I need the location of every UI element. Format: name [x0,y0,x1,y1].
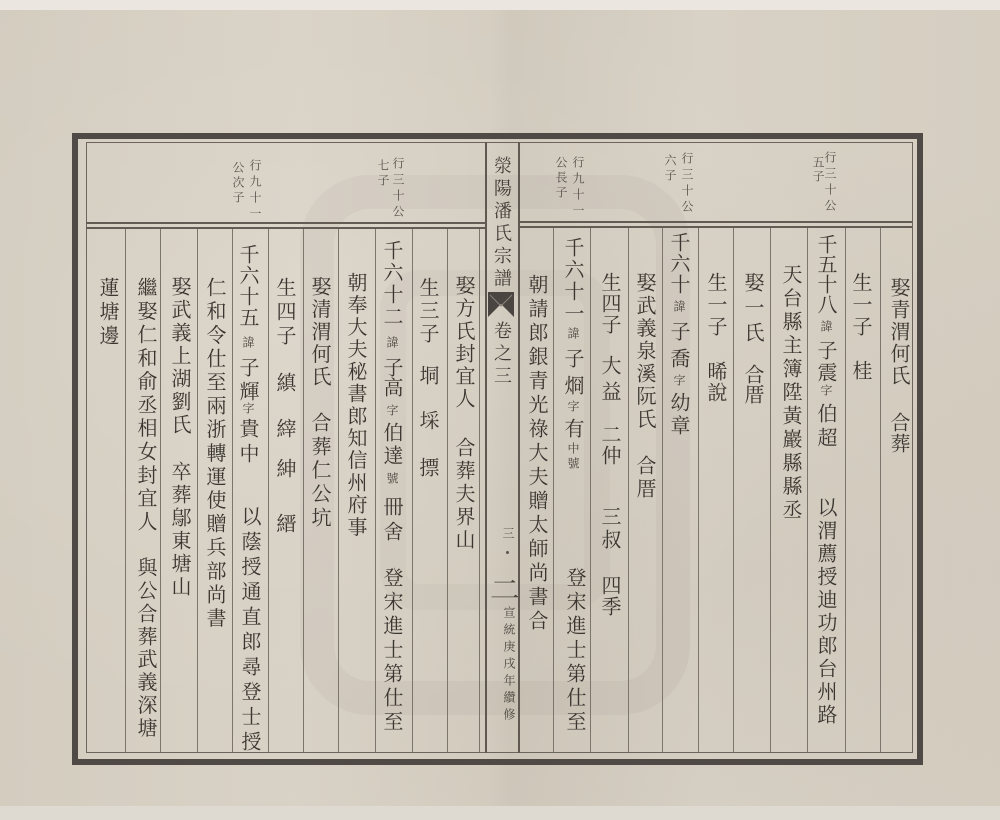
column-text: 四季 [600,575,620,617]
column-text: 縡 [275,418,295,438]
header-divider-right-top [518,221,912,223]
column-text: 娶武義上湖劉氏 [170,276,190,437]
column-text: 晞說 [706,361,726,403]
annotation-small: 諱 [673,300,685,312]
scan-edge-bottom [0,806,1000,820]
column-text: 娶青渭何氏 [889,277,909,387]
annotation-small: 諱 [567,327,579,339]
column-text: 登宋進士第仕至 [565,567,585,735]
volume-label: 卷之三 [492,321,510,389]
fishtail-ornament-icon [488,292,514,318]
column-rule [770,228,771,752]
column-text: 埰 [418,410,438,430]
column-text: 貴中 [238,418,258,468]
column-text: 合葬夫界山 [454,437,474,552]
header-son-order: 公長子 [555,156,567,201]
column-rule [698,228,699,752]
entry-heading: 千六十五 [238,244,258,328]
column-text: 生四子 [275,277,295,349]
column-text: 伯超 [816,403,836,451]
column-text: 娶方氏封宜人 [454,275,474,411]
column-rule [880,228,881,752]
column-text: 朝奉大夫秘書郎知信州府事 [346,272,366,538]
column-text: 有 [563,418,583,438]
annotation-small: 字 [242,402,254,414]
annotation-small: 諱 [242,336,254,348]
column-text: 以渭薦授迪功郎台州路 [816,497,836,727]
column-rule [590,228,591,752]
header-divider-left-bottom [86,227,485,229]
column-text: 生四子 [600,272,620,335]
column-text: 冊舍 [382,496,402,546]
header-rank: 行三十公 [392,157,404,221]
annotation-small: 號 [386,472,398,484]
column-text: 桂 [851,360,871,380]
page-number: 三 [502,527,514,539]
column-text: 伯達 [382,422,402,468]
column-text: 合厝 [635,455,655,501]
header-son-order: 公次子 [232,161,244,206]
column-text: 子輝 [238,357,258,405]
annotation-small: 諱 [386,336,398,348]
column-text: 子震 [816,340,836,384]
column-text: 生三子 [418,277,438,346]
column-text: 子高 [382,357,402,397]
column-text: 三叔 [600,506,620,552]
annotation-small: 字 [386,404,398,416]
header-son-order: 七子 [377,159,389,189]
column-rule [232,229,233,752]
header-son-order: 六子 [664,154,676,184]
column-text: 子喬 [669,321,689,375]
column-text: 娶清渭何氏 [310,276,330,389]
column-rule [412,229,413,752]
column-text: 紳 [275,458,295,478]
scan-edge-top [0,0,1000,10]
center-column-rule-left [485,142,487,753]
column-rule [197,229,198,752]
column-rule [845,228,846,752]
column-rule [375,229,376,752]
column-text: 合葬仁公坑 [310,412,330,531]
column-text: 朝請郎銀青光祿大夫贈太師尚書合 [527,274,547,634]
column-text: 天台縣主簿陞黃巖縣縣丞 [781,264,801,523]
column-text: 繼娶仁和俞丞相女封宜人 [136,277,156,534]
column-rule [447,229,448,752]
column-text: 幼章 [669,392,689,438]
column-rule [303,229,304,752]
header-rank: 行三十公 [824,151,836,215]
column-text: 子烱 [563,348,583,402]
header-rank: 行九十一 [572,156,584,220]
header-son-order: 五子 [812,156,824,184]
column-rule [160,229,161,752]
column-text: 卒葬鄔東塘山 [170,461,190,599]
column-text: 二仲 [600,424,620,466]
annotation-small: 諱 [820,320,832,332]
column-text: 登宋進士第仕至 [382,567,402,735]
column-text: 生一子 [851,272,871,338]
column-text: 縉 [275,513,295,533]
entry-heading: 千六十二 [382,240,402,328]
annotation-small: 中號 [567,442,579,472]
column-text: 娶武義泉溪阮氏 [635,272,655,431]
column-rule [628,228,629,752]
column-text: 合厝 [743,364,763,404]
page-number-dot [506,551,509,554]
column-rule [479,229,480,752]
center-column-rule-right [518,142,520,753]
column-text: 摽 [418,457,438,477]
edition-note: 宣統庚戌年纘修 [503,606,515,725]
column-text: 仁和令仕至兩浙轉運使贈兵部尚書 [205,277,225,631]
column-text: 娶一氏 [743,272,763,347]
column-rule [807,228,808,752]
column-rule [268,229,269,752]
header-rank: 行九十一 [249,159,261,223]
column-text: 縝 [275,372,295,392]
book-title: 滎陽潘氏宗譜 [492,156,510,291]
annotation-small: 字 [567,400,579,412]
column-rule [733,228,734,752]
header-divider-left-top [86,222,485,224]
fold-mark: 二 [490,578,520,604]
annotation-small: 字 [673,374,685,386]
column-rule [553,228,554,752]
annotation-small: 字 [820,384,832,396]
entry-heading: 千六十一 [563,237,583,325]
column-text: 蓮塘邊 [98,277,118,349]
column-text: 合葬 [889,412,909,454]
column-text: 以蔭授通直郎尋登士授 [240,506,260,756]
column-text: 大益 [600,355,620,407]
column-text: 垌 [418,365,438,385]
column-rule [662,228,663,752]
column-text: 與公合葬武義深塘 [136,557,156,740]
header-divider-right-bottom [518,226,912,228]
genealogy-page-scan: 滎陽潘氏宗譜 卷之三 三 二 宣統庚戌年纘修 行三十公 五子 行三十公 六子 行… [0,0,1000,820]
column-rule [338,229,339,752]
column-text: 生一子 [706,272,726,338]
entry-heading: 千六十 [669,232,689,295]
column-rule [125,229,126,752]
entry-heading: 千五十八 [816,234,836,314]
header-rank: 行三十公 [681,152,693,216]
